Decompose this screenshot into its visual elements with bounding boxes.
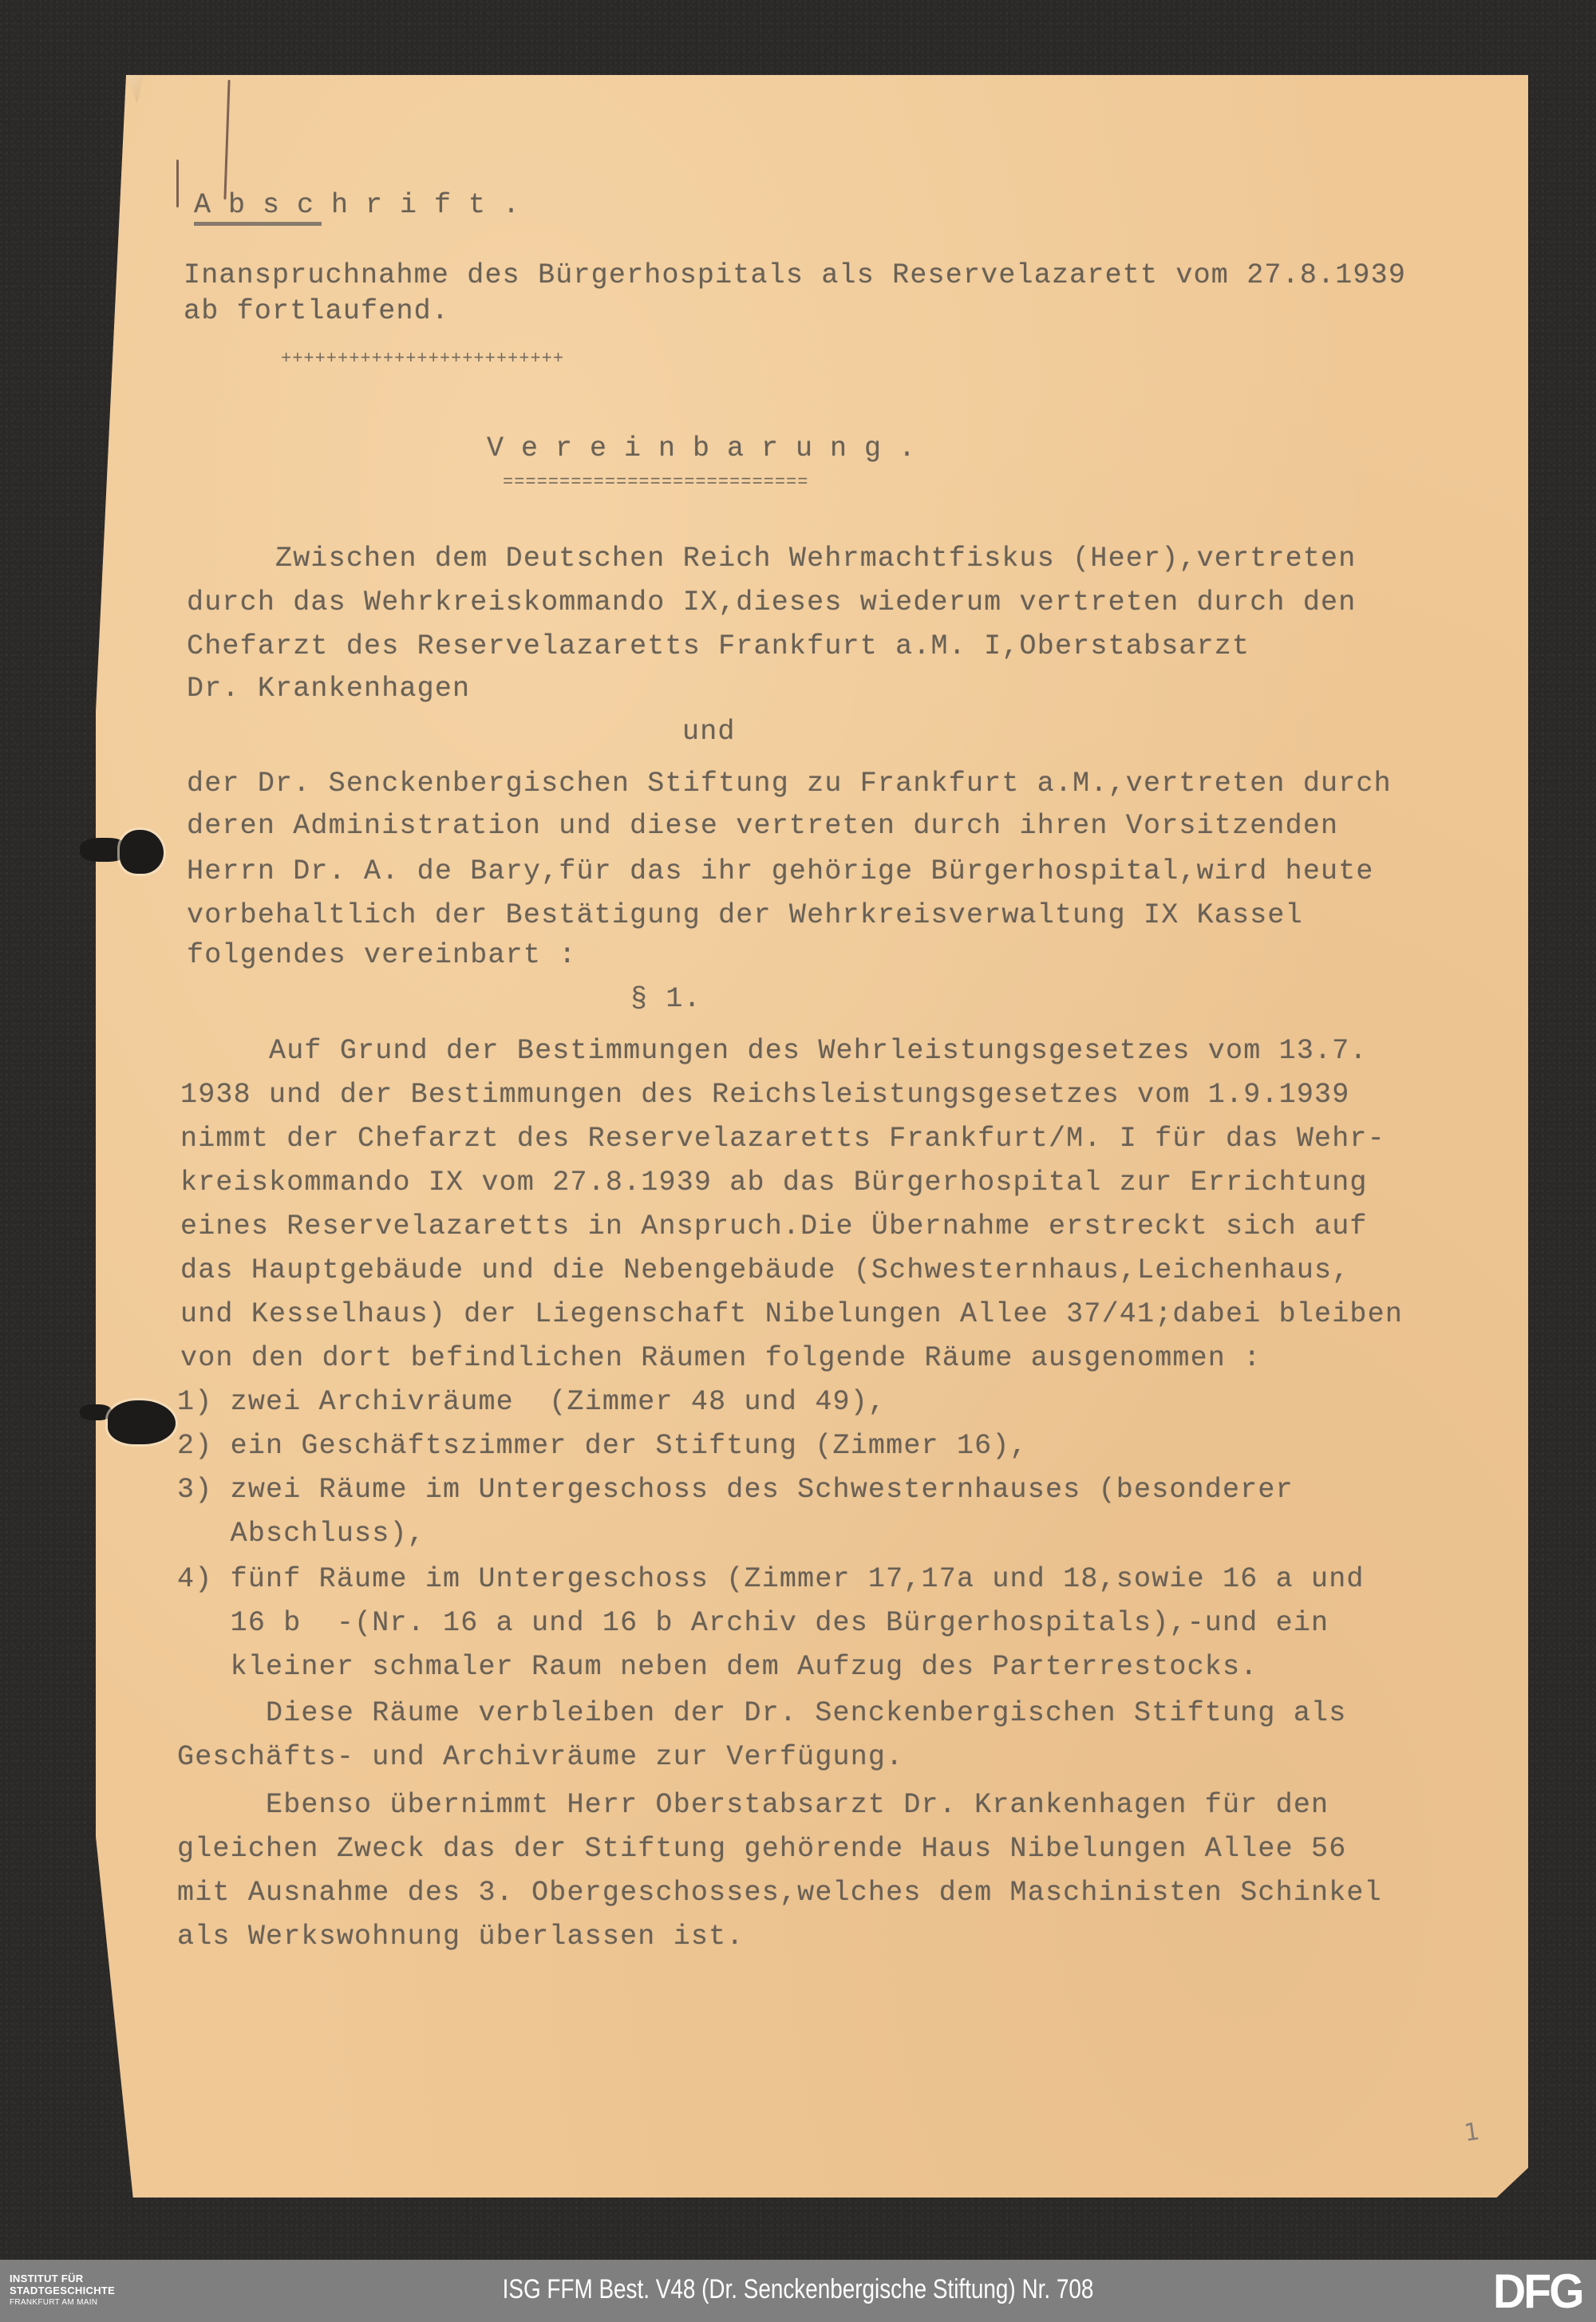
institute-city: FRANKFURT AM MAIN bbox=[10, 2296, 115, 2308]
document-heading: Abschrift. bbox=[194, 192, 537, 219]
heading-underline bbox=[194, 222, 322, 226]
document-title: Vereinbarung. bbox=[487, 435, 933, 463]
body-line-und: und bbox=[682, 718, 736, 746]
section-heading: § 1. bbox=[630, 985, 701, 1013]
closing-line: Diese Räume verbleiben der Dr. Senckenbe… bbox=[177, 1700, 1346, 1728]
shelfmark-caption: ISG FFM Best. V48 (Dr. Senckenbergische … bbox=[144, 2274, 1452, 2305]
subject-line: Inanspruchnahme des Bürgerhospitals als … bbox=[184, 262, 1406, 290]
body-line: deren Administration und diese vertreten… bbox=[187, 812, 1338, 840]
body-line: der Dr. Senckenbergischen Stiftung zu Fr… bbox=[187, 770, 1392, 798]
section-line: Auf Grund der Bestimmungen des Wehrleist… bbox=[180, 1037, 1368, 1065]
closing-line: Geschäfts- und Archivräume zur Verfügung… bbox=[177, 1743, 903, 1771]
closing-line: mit Ausnahme des 3. Obergeschosses,welch… bbox=[177, 1879, 1382, 1907]
exception-item: 16 b -(Nr. 16 a und 16 b Archiv des Bürg… bbox=[177, 1609, 1329, 1637]
punch-hole bbox=[108, 1400, 176, 1444]
separator-line: +++++++++++++++++++++++++ bbox=[281, 349, 564, 369]
archive-footer: INSTITUT FÜR STADTGESCHICHTE FRANKFURT A… bbox=[0, 2260, 1596, 2322]
exception-item: 1) zwei Archivräume (Zimmer 48 und 49), bbox=[177, 1388, 886, 1416]
section-line: kreiskommando IX vom 27.8.1939 ab das Bü… bbox=[180, 1169, 1368, 1197]
title-double-underline: =========================== bbox=[503, 472, 808, 492]
punch-hole-tear bbox=[80, 1404, 112, 1420]
body-line: Chefarzt des Reservelazaretts Frankfurt … bbox=[187, 633, 1250, 661]
body-line: Zwischen dem Deutschen Reich Wehrmachtfi… bbox=[187, 545, 1356, 573]
exception-item: Abschluss), bbox=[177, 1520, 425, 1548]
closing-line: gleichen Zweck das der Stiftung gehörend… bbox=[177, 1835, 1346, 1863]
exception-item: 3) zwei Räume im Untergeschoss des Schwe… bbox=[177, 1476, 1294, 1504]
pencil-stroke bbox=[176, 160, 179, 207]
institute-name-line: STADTGESCHICHTE bbox=[10, 2284, 115, 2296]
body-line: Dr. Krankenhagen bbox=[187, 675, 470, 703]
section-line: das Hauptgebäude und die Nebengebäude (S… bbox=[180, 1257, 1349, 1285]
exception-item: kleiner schmaler Raum neben dem Aufzug d… bbox=[177, 1653, 1258, 1681]
section-line: eines Reservelazaretts in Anspruch.Die Ü… bbox=[180, 1213, 1368, 1241]
body-line: vorbehaltlich der Bestätigung der Wehrkr… bbox=[187, 902, 1303, 930]
punch-hole bbox=[120, 830, 164, 874]
closing-line: als Werkswohnung überlassen ist. bbox=[177, 1923, 745, 1951]
institute-name-line: INSTITUT FÜR bbox=[10, 2273, 115, 2284]
subject-line: ab fortlaufend. bbox=[184, 298, 449, 326]
section-line: 1938 und der Bestimmungen des Reichsleis… bbox=[180, 1081, 1349, 1109]
section-line: und Kesselhaus) der Liegenschaft Nibelun… bbox=[180, 1301, 1403, 1329]
body-line: durch das Wehrkreiskommando IX,dieses wi… bbox=[187, 589, 1356, 617]
body-line: folgendes vereinbart : bbox=[187, 942, 576, 969]
dfg-logo: DFG bbox=[1493, 2268, 1582, 2316]
body-line: Herrn Dr. A. de Bary,für das ihr gehörig… bbox=[187, 858, 1374, 886]
institute-logo: INSTITUT FÜR STADTGESCHICHTE FRANKFURT A… bbox=[10, 2273, 115, 2308]
section-line: nimmt der Chefarzt des Reservelazaretts … bbox=[180, 1125, 1385, 1153]
exception-item: 4) fünf Räume im Untergeschoss (Zimmer 1… bbox=[177, 1566, 1365, 1593]
exception-item: 2) ein Geschäftszimmer der Stiftung (Zim… bbox=[177, 1432, 1028, 1460]
section-line: von den dort befindlichen Räumen folgend… bbox=[180, 1345, 1261, 1372]
closing-line: Ebenso übernimmt Herr Oberstabsarzt Dr. … bbox=[177, 1791, 1329, 1819]
